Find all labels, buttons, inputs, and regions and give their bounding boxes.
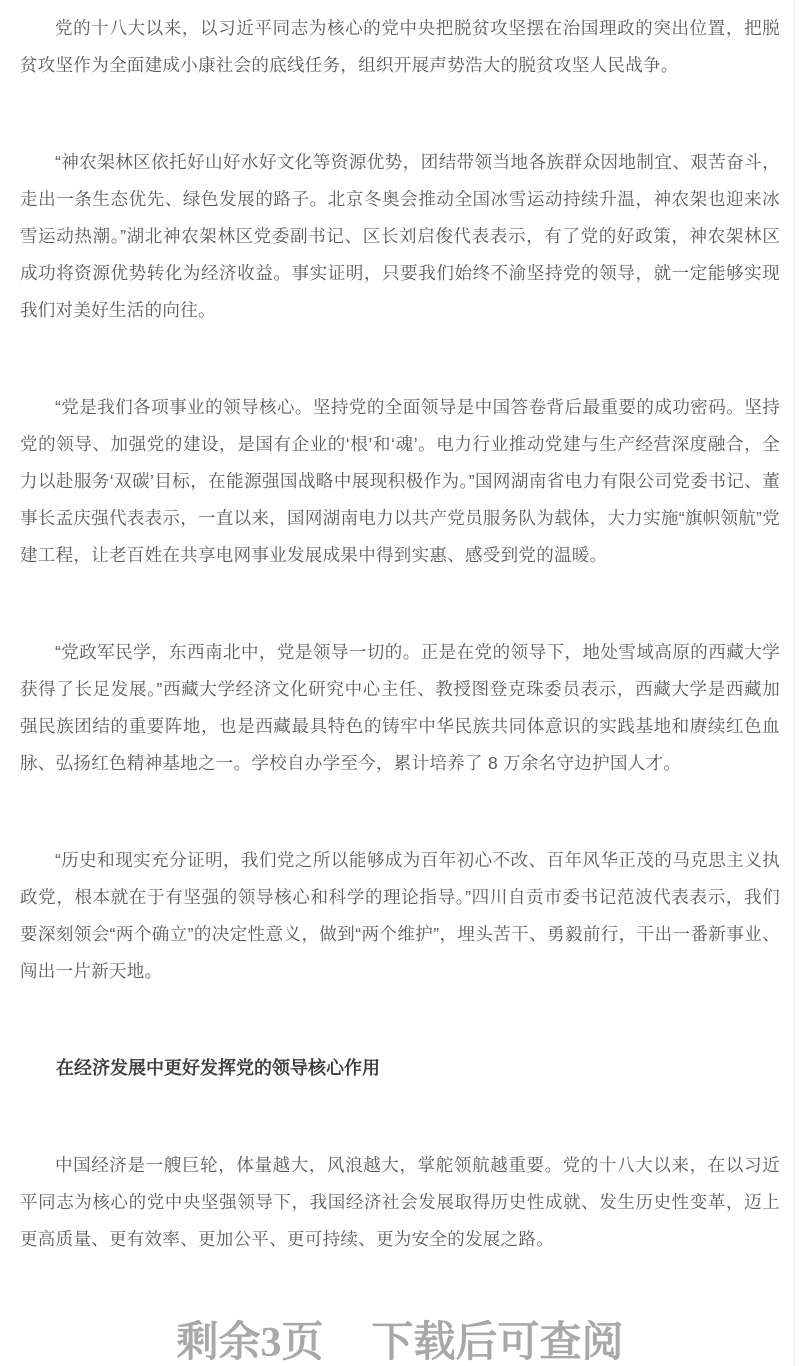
paragraph-tibet-university-quote: “党政军民学，东西南北中，党是领导一切的。正是在党的领导下，地处雪域高原的西藏大… (20, 634, 780, 782)
section-heading-economy: 在经济发展中更好发挥党的领导核心作用 (20, 1050, 780, 1087)
paragraph-state-grid-quote: “党是我们各项事业的领导核心。坚持党的全面领导是中国答卷背后最重要的成功密码。坚… (20, 389, 780, 574)
page-edge-divider (794, 0, 795, 1366)
remaining-pages-label: 剩余3页 (176, 1320, 323, 1366)
article-content: 党的十八大以来，以习近平同志为核心的党中央把脱贫攻坚摆在治国理政的突出位置，把脱… (0, 0, 800, 1258)
paragraph-shennongjia-quote: “神农架林区依托好山好水好文化等资源优势，团结带领当地各族群众因地制宜、艰苦奋斗… (20, 144, 780, 329)
document-preview-page: 党的十八大以来，以习近平同志为核心的党中央把脱贫攻坚摆在治国理政的突出位置，把脱… (0, 0, 800, 1366)
paragraph-china-economy: 中国经济是一艘巨轮，体量越大，风浪越大，掌舵领航越重要。党的十八大以来，在以习近… (20, 1147, 780, 1258)
download-hint-label: 下载后可查阅 (372, 1320, 624, 1366)
download-watermark-banner: 剩余3页下载后可查阅 (0, 1318, 800, 1366)
paragraph-poverty-alleviation: 党的十八大以来，以习近平同志为核心的党中央把脱贫攻坚摆在治国理政的突出位置，把脱… (20, 10, 780, 84)
paragraph-zigong-quote: “历史和现实充分证明，我们党之所以能够成为百年初心不改、百年风华正茂的马克思主义… (20, 842, 780, 990)
